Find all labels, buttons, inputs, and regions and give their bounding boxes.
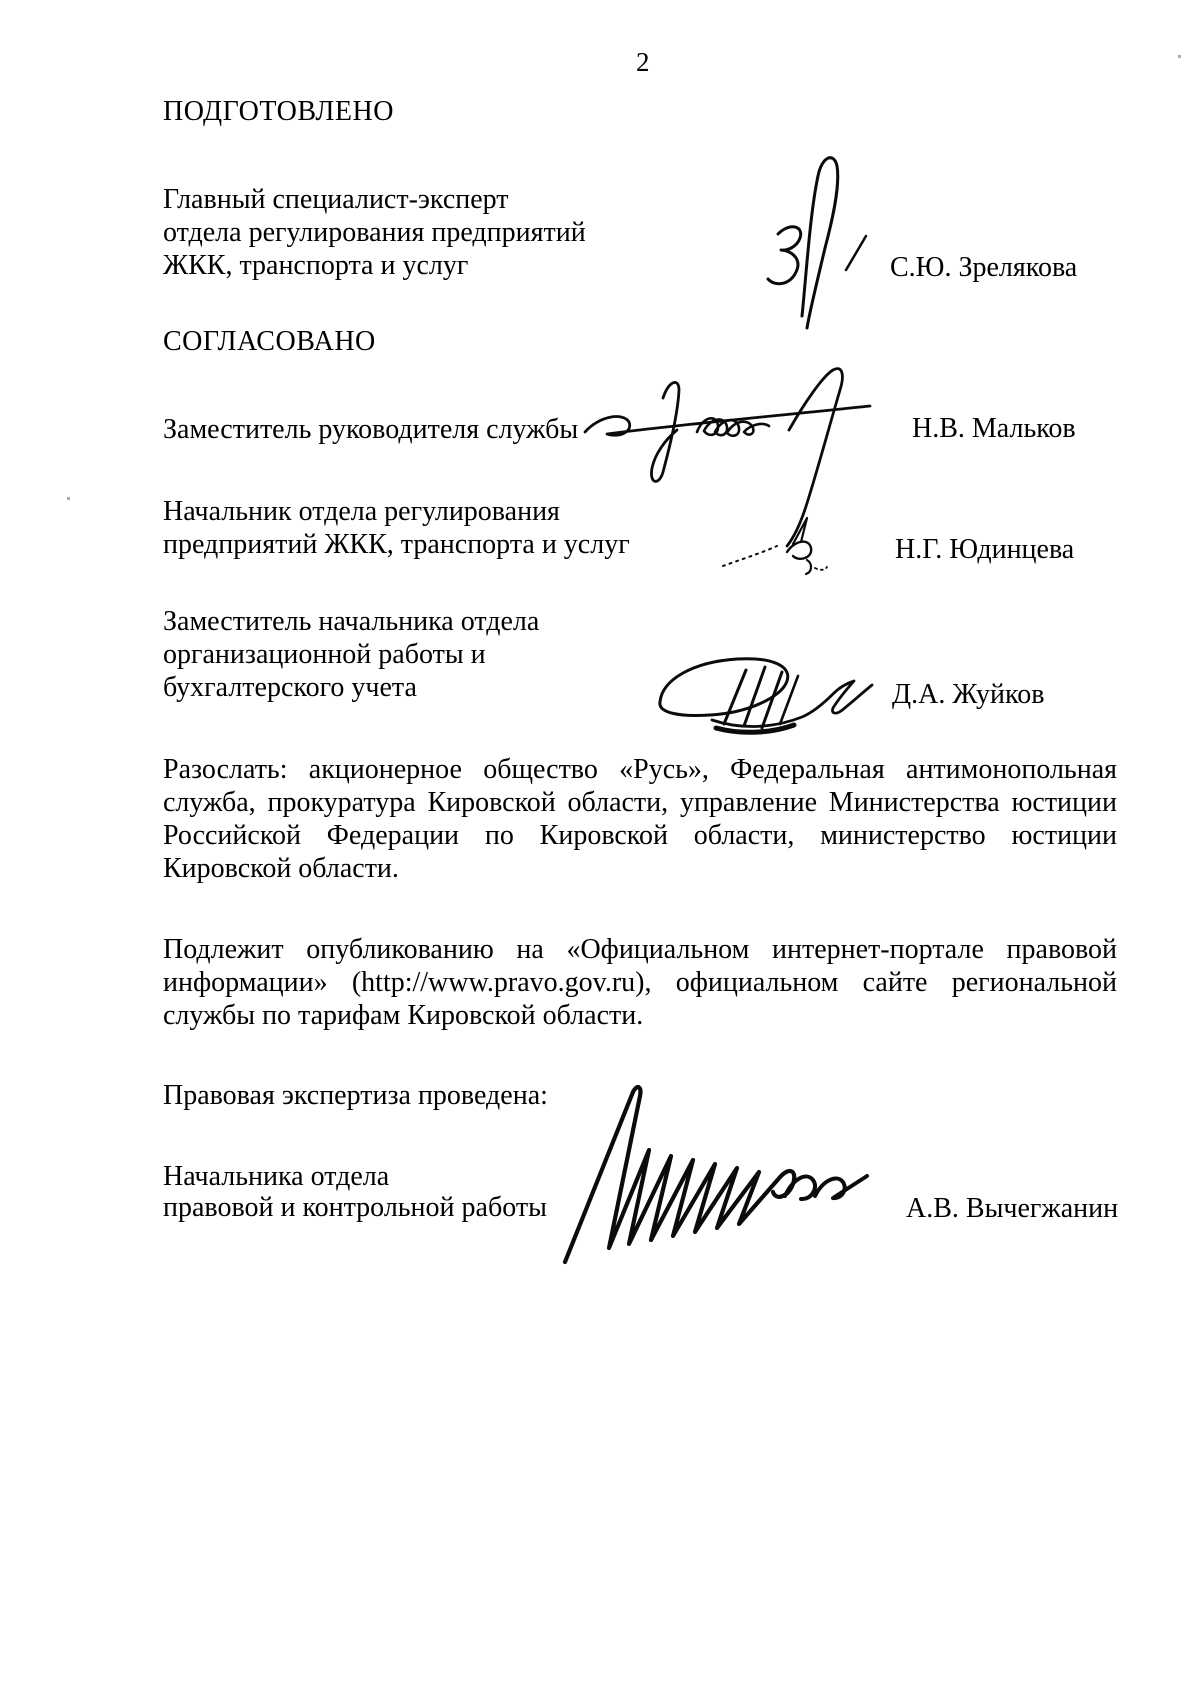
title-line: ЖКК, транспорта и услуг bbox=[163, 249, 586, 282]
signature-vychegzhanin bbox=[545, 1080, 945, 1275]
signer-title-prepared: Главный специалист-эксперт отдела регули… bbox=[163, 183, 586, 282]
title-line: Заместитель руководителя службы bbox=[163, 413, 578, 446]
paragraph-line: службы по тарифам Кировской области. bbox=[163, 999, 1117, 1032]
signer-title-malkov: Заместитель руководителя службы bbox=[163, 413, 578, 446]
document-page: 2 ПОДГОТОВЛЕНО Главный специалист-экспер… bbox=[0, 0, 1200, 1697]
scan-speck bbox=[1178, 55, 1181, 58]
title-line: Главный специалист-эксперт bbox=[163, 183, 586, 216]
title-line: отдела регулирования предприятий bbox=[163, 216, 586, 249]
paragraph-line: информации» (http://www.pravo.gov.ru), о… bbox=[163, 966, 1117, 999]
signer-name-zhuikov: Д.А. Жуйков bbox=[892, 679, 1044, 711]
legal-review-statement: Правовая экспертиза проведена: bbox=[163, 1080, 548, 1112]
paragraph-line: Подлежит опубликованию на «Официальном и… bbox=[163, 933, 1117, 966]
signer-title-yudintseva: Начальник отдела регулирования предприят… bbox=[163, 495, 630, 561]
signer-title-zhuikov: Заместитель начальника отдела организаци… bbox=[163, 605, 539, 704]
title-line: предприятий ЖКК, транспорта и услуг bbox=[163, 528, 630, 561]
signer-name-zrelyakova: С.Ю. Зрелякова bbox=[890, 252, 1077, 284]
title-line: организационной работы и bbox=[163, 638, 539, 671]
title-line: Заместитель начальника отдела bbox=[163, 605, 539, 638]
signature-zhuikov bbox=[652, 650, 887, 738]
scan-speck bbox=[67, 497, 70, 500]
heading-prepared: ПОДГОТОВЛЕНО bbox=[163, 96, 394, 128]
title-line: правовой и контрольной работы bbox=[163, 1192, 547, 1223]
heading-agreed: СОГЛАСОВАНО bbox=[163, 326, 376, 358]
signer-name-vychegzhanin: А.В. Вычегжанин bbox=[906, 1193, 1118, 1225]
paragraph-publication: Подлежит опубликованию на «Официальном и… bbox=[163, 933, 1117, 1032]
title-line: Начальник отдела регулирования bbox=[163, 495, 630, 528]
signer-name-yudintseva: Н.Г. Юдинцева bbox=[895, 534, 1074, 566]
signer-title-vychegzhanin: Начальника отдела правовой и контрольной… bbox=[163, 1161, 547, 1223]
signature-yudintseva bbox=[715, 510, 835, 580]
paragraph-line: Разослать: акционерное общество «Русь», … bbox=[163, 753, 1117, 786]
page-number: 2 bbox=[636, 47, 650, 78]
paragraph-line: служба, прокуратура Кировской области, у… bbox=[163, 786, 1117, 819]
signer-name-malkov: Н.В. Мальков bbox=[912, 413, 1076, 445]
paragraph-distribution: Разослать: акционерное общество «Русь», … bbox=[163, 753, 1117, 885]
signature-zrelyakova bbox=[740, 148, 880, 328]
paragraph-line: Кировской области. bbox=[163, 852, 1117, 885]
title-line: бухгалтерского учета bbox=[163, 671, 539, 704]
title-line: Начальника отдела bbox=[163, 1161, 547, 1192]
paragraph-line: Российской Федерации по Кировской област… bbox=[163, 819, 1117, 852]
